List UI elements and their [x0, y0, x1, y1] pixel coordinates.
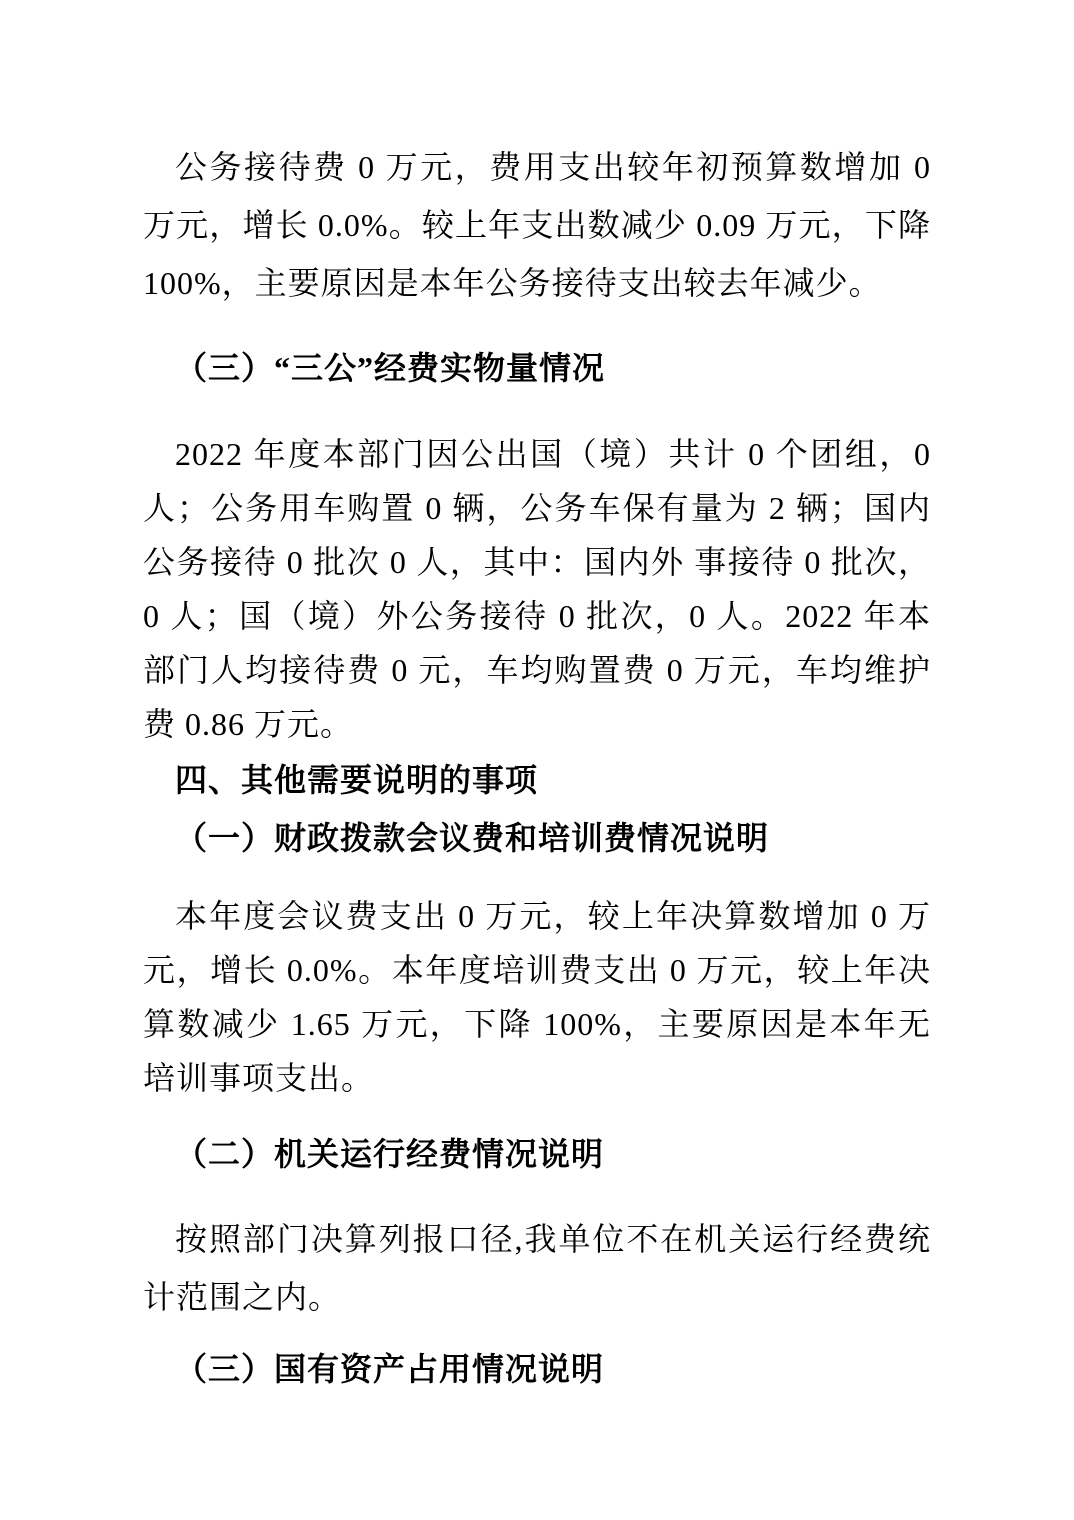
heading-subsection-2-agency-operating-expense: （二）机关运行经费情况说明 — [143, 1125, 931, 1183]
paragraph-agency-operating-expense-detail: 按照部门决算列报口径,我单位不在机关运行经费统计范围之内。 — [143, 1210, 931, 1326]
paragraph-meeting-and-training-fees-detail: 本年度会议费支出 0 万元，较上年决算数增加 0 万元，增长 0.0%。本年度培… — [143, 889, 931, 1105]
heading-subsection-1-meeting-and-training-fees: （一）财政拨款会议费和培训费情况说明 — [143, 809, 931, 867]
paragraph-three-public-funds-detail: 2022 年度本部门因公出国（境）共计 0 个团组，0 人；公务用车购置 0 辆… — [143, 427, 931, 751]
document-content: 公务接待费 0 万元，费用支出较年初预算数增加 0 万元，增长 0.0%。较上年… — [143, 138, 931, 1398]
heading-section-3-three-public-funds-physical-quantity: （三）“三公”经费实物量情况 — [143, 339, 931, 397]
heading-subsection-3-state-owned-assets-occupancy: （三）国有资产占用情况说明 — [143, 1340, 931, 1398]
heading-section-4-other-matters: 四、其他需要说明的事项 — [143, 751, 931, 809]
paragraph-official-reception-expense: 公务接待费 0 万元，费用支出较年初预算数增加 0 万元，增长 0.0%。较上年… — [143, 138, 931, 312]
document-page: 公务接待费 0 万元，费用支出较年初预算数增加 0 万元，增长 0.0%。较上年… — [0, 0, 1074, 1520]
